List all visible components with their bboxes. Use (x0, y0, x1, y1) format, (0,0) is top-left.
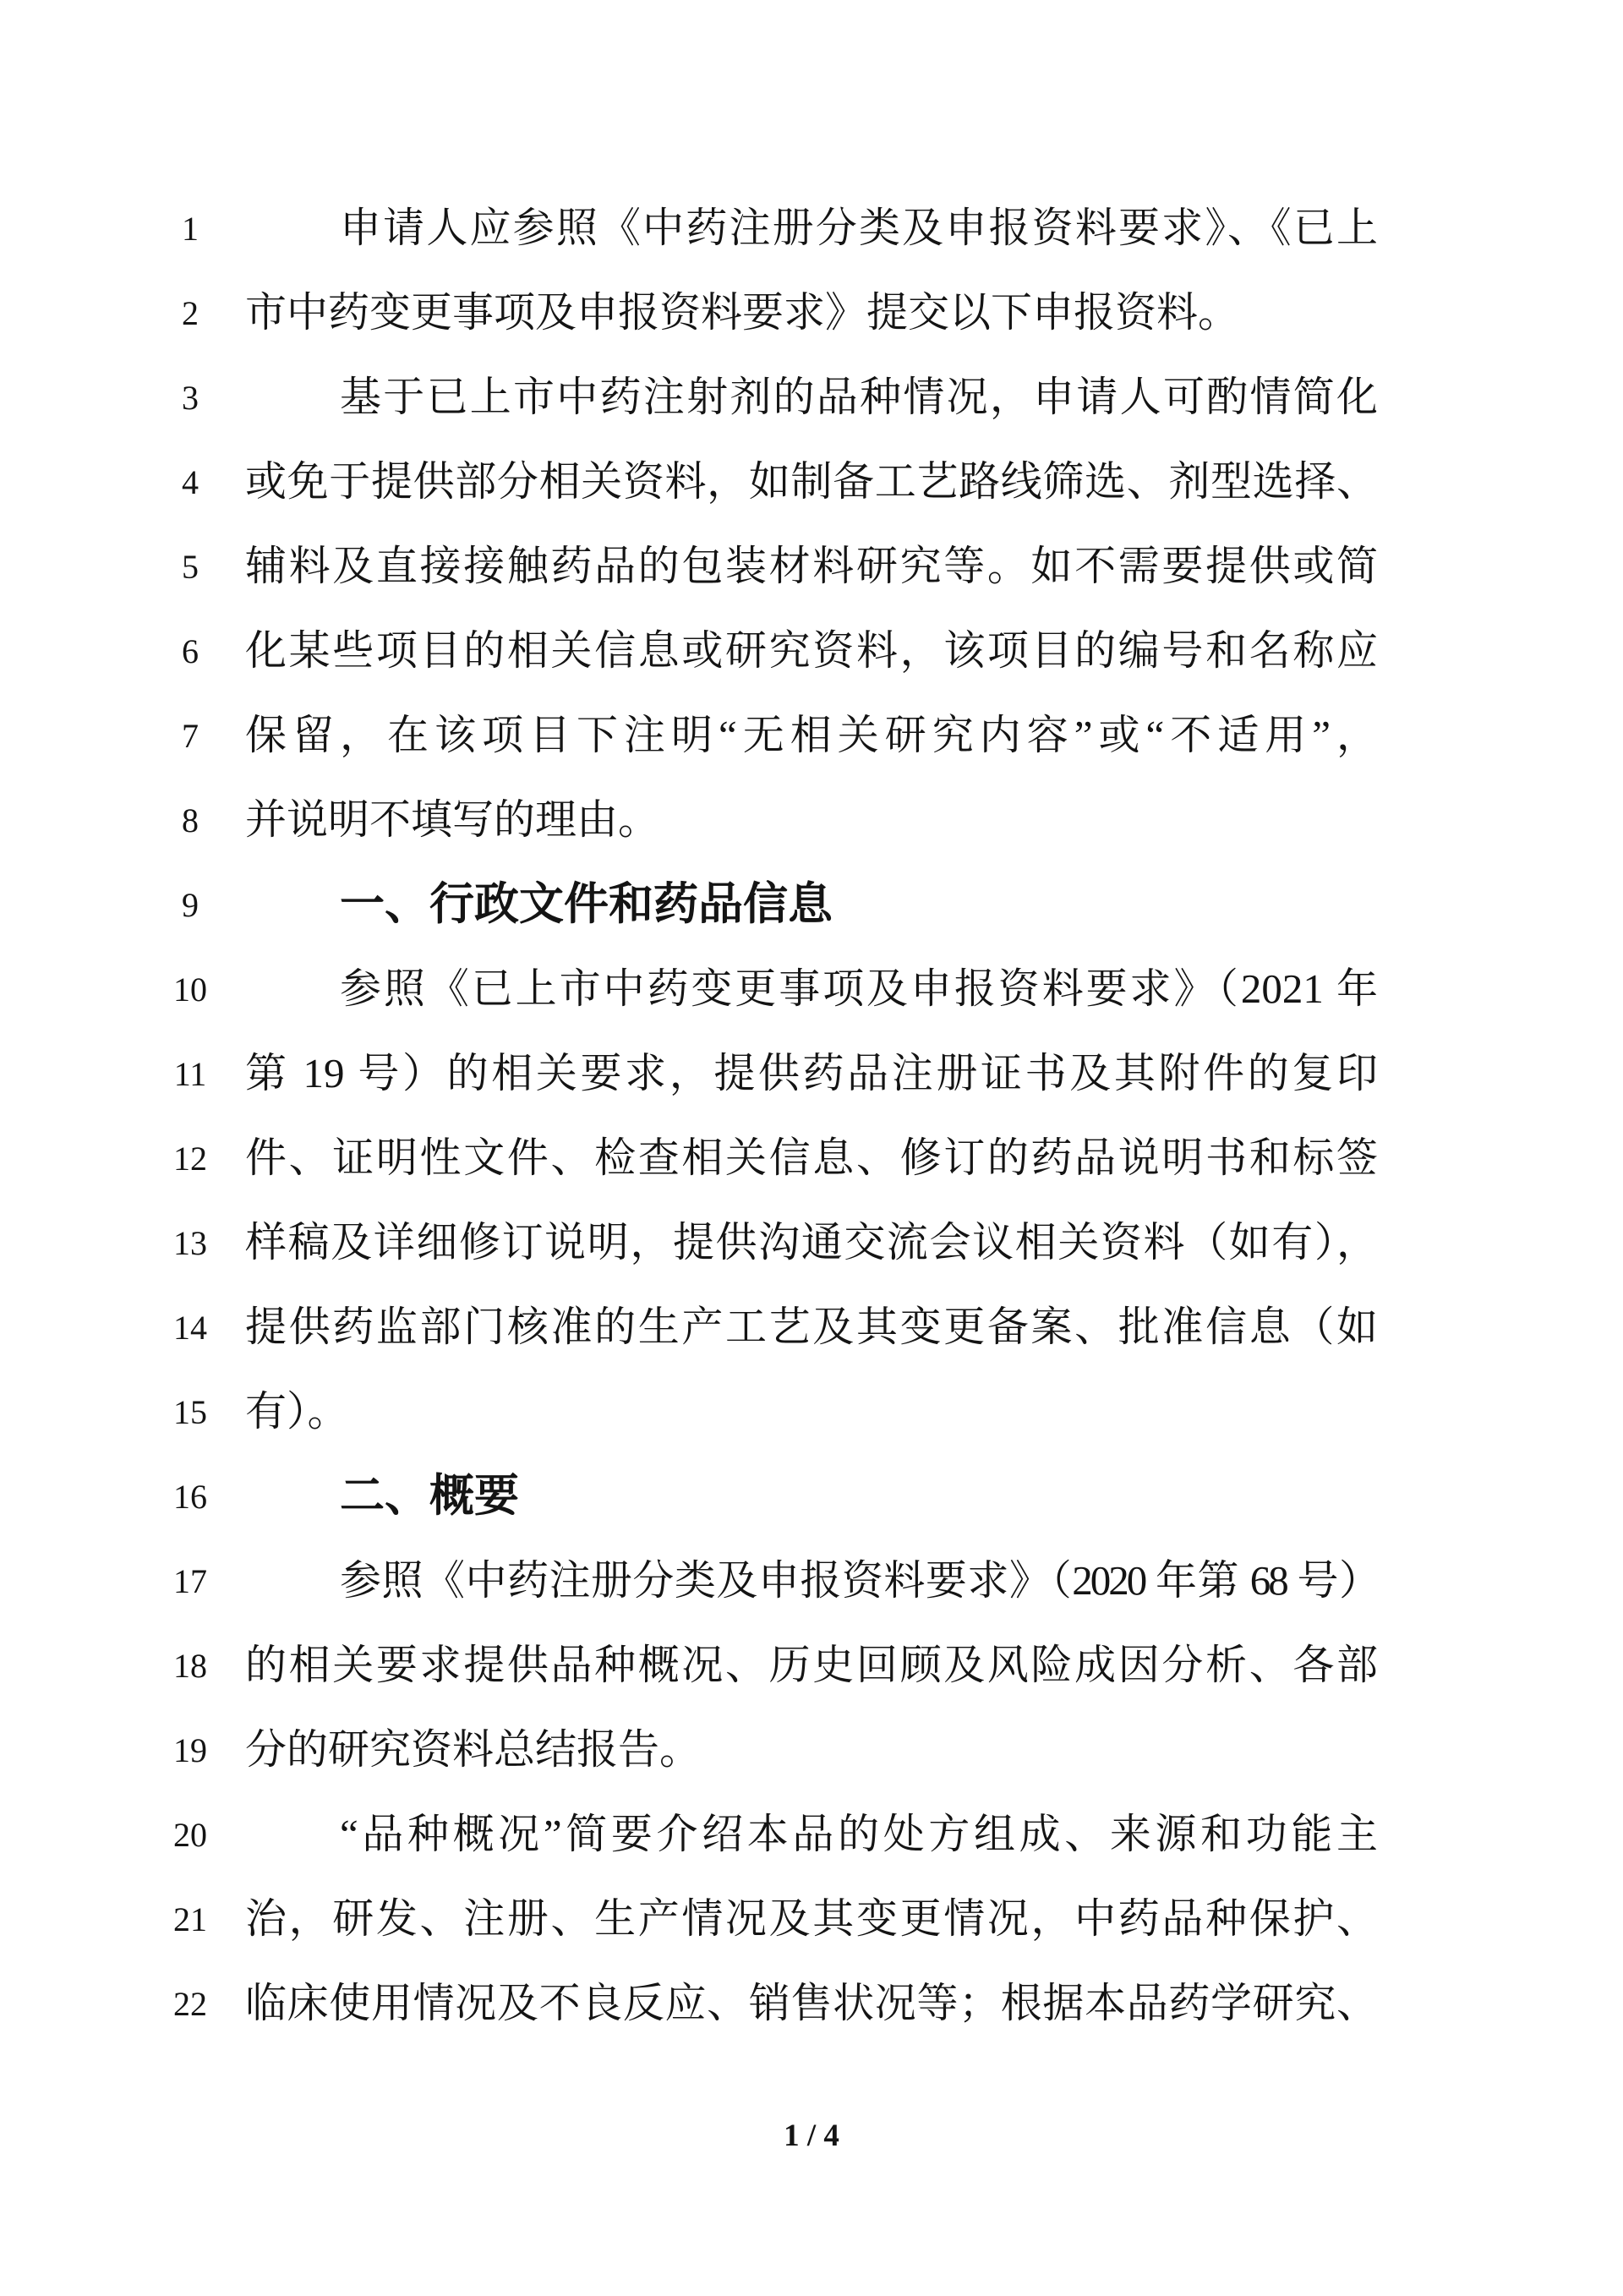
line-text: 提供药监部门核准的生产工艺及其变更备案、批准信息（如 (245, 1304, 1378, 1351)
line-number: 20 (135, 1815, 245, 1855)
line-row: 15 有）。 (135, 1369, 1378, 1454)
line-number: 3 (135, 378, 245, 418)
line-number: 8 (135, 801, 245, 840)
line-text: 二、概要 (245, 1471, 1378, 1522)
line-number: 18 (135, 1646, 245, 1686)
line-row: 5 辅料及直接接触药品的包装材料研究等。如不需要提供或简 (135, 524, 1378, 609)
line-row: 22 临床使用情况及不良反应、销售状况等；根据本品药学研究、 (135, 1961, 1378, 2046)
line-row: 17 参照《中药注册分类及申报资料要求》（2020 年第 68 号） (135, 1539, 1378, 1623)
line-text: 保留，在该项目下注明“无相关研究内容”或“不适用”， (245, 712, 1378, 759)
line-text: 件、证明性文件、检查相关信息、修订的药品说明书和标签 (245, 1134, 1378, 1182)
line-text: 化某些项目的相关信息或研究资料，该项目的编号和名称应 (245, 627, 1378, 675)
line-row: 11 第 19 号）的相关要求，提供药品注册证书及其附件的复印 (135, 1031, 1378, 1116)
line-number: 4 (135, 462, 245, 502)
line-number: 16 (135, 1477, 245, 1517)
line-number: 10 (135, 970, 245, 1009)
line-row: 10 参照《已上市中药变更事项及申报资料要求》（2021 年 (135, 947, 1378, 1031)
line-text: 市中药变更事项及申报资料要求》提交以下申报资料。 (245, 289, 1378, 336)
line-row: 14 提供药监部门核准的生产工艺及其变更备案、批准信息（如 (135, 1285, 1378, 1369)
line-number: 11 (135, 1054, 245, 1094)
line-text: 临床使用情况及不良反应、销售状况等；根据本品药学研究、 (245, 1980, 1378, 2027)
line-text: 治，研发、注册、生产情况及其变更情况，中药品种保护、 (245, 1895, 1378, 1943)
line-row: 9 一、行政文件和药品信息 (135, 862, 1378, 947)
line-number: 7 (135, 716, 245, 756)
line-text: 一、行政文件和药品信息 (245, 879, 1378, 931)
line-text: “品种概况”简要介绍本品的处方组成、来源和功能主 (245, 1811, 1378, 1858)
line-row: 4 或免于提供部分相关资料，如制备工艺路线筛选、剂型选择、 (135, 440, 1378, 524)
line-number: 15 (135, 1392, 245, 1432)
line-row: 12 件、证明性文件、检查相关信息、修订的药品说明书和标签 (135, 1116, 1378, 1200)
line-row: 19 分的研究资料总结报告。 (135, 1708, 1378, 1792)
line-number: 17 (135, 1561, 245, 1601)
line-text: 样稿及详细修订说明，提供沟通交流会议相关资料（如有）， (245, 1219, 1378, 1266)
line-row: 3 基于已上市中药注射剂的品种情况，申请人可酌情简化 (135, 355, 1378, 440)
line-row: 1 申请人应参照《中药注册分类及申报资料要求》、《已上 (135, 186, 1378, 271)
line-text: 申请人应参照《中药注册分类及申报资料要求》、《已上 (245, 205, 1378, 252)
line-row: 8 并说明不填写的理由。 (135, 778, 1378, 862)
line-text: 基于已上市中药注射剂的品种情况，申请人可酌情简化 (245, 374, 1378, 421)
line-number: 19 (135, 1730, 245, 1770)
line-number: 22 (135, 1984, 245, 2024)
line-row: 6 化某些项目的相关信息或研究资料，该项目的编号和名称应 (135, 609, 1378, 693)
line-text: 参照《已上市中药变更事项及申报资料要求》（2021 年 (245, 965, 1378, 1013)
line-row: 2 市中药变更事项及申报资料要求》提交以下申报资料。 (135, 271, 1378, 355)
line-row: 7 保留，在该项目下注明“无相关研究内容”或“不适用”， (135, 693, 1378, 778)
line-text: 辅料及直接接触药品的包装材料研究等。如不需要提供或简 (245, 543, 1378, 590)
document-lines: 1 申请人应参照《中药注册分类及申报资料要求》、《已上 2 市中药变更事项及申报… (135, 186, 1378, 2046)
line-number: 14 (135, 1308, 245, 1348)
line-number: 9 (135, 885, 245, 925)
line-number: 21 (135, 1900, 245, 1939)
line-row: 16 二、概要 (135, 1454, 1378, 1539)
line-row: 18 的相关要求提供品种概况、历史回顾及风险成因分析、各部 (135, 1623, 1378, 1708)
line-row: 20 “品种概况”简要介绍本品的处方组成、来源和功能主 (135, 1792, 1378, 1877)
line-text: 的相关要求提供品种概况、历史回顾及风险成因分析、各部 (245, 1642, 1378, 1689)
line-text: 分的研究资料总结报告。 (245, 1726, 1378, 1774)
line-number: 5 (135, 547, 245, 587)
line-number: 13 (135, 1223, 245, 1263)
line-text: 并说明不填写的理由。 (245, 796, 1378, 844)
line-text: 第 19 号）的相关要求，提供药品注册证书及其附件的复印 (245, 1050, 1378, 1097)
line-text: 有）。 (245, 1388, 1378, 1435)
line-text: 或免于提供部分相关资料，如制备工艺路线筛选、剂型选择、 (245, 458, 1378, 506)
line-number: 1 (135, 209, 245, 249)
page-number-indicator: 1 / 4 (0, 2118, 1623, 2154)
document-page: 1 申请人应参照《中药注册分类及申报资料要求》、《已上 2 市中药变更事项及申报… (0, 0, 1623, 2296)
line-text: 参照《中药注册分类及申报资料要求》（2020 年第 68 号） (245, 1557, 1378, 1604)
line-number: 6 (135, 631, 245, 671)
line-row: 13 样稿及详细修订说明，提供沟通交流会议相关资料（如有）， (135, 1200, 1378, 1285)
line-number: 12 (135, 1139, 245, 1178)
line-number: 2 (135, 293, 245, 333)
line-row: 21 治，研发、注册、生产情况及其变更情况，中药品种保护、 (135, 1877, 1378, 1961)
